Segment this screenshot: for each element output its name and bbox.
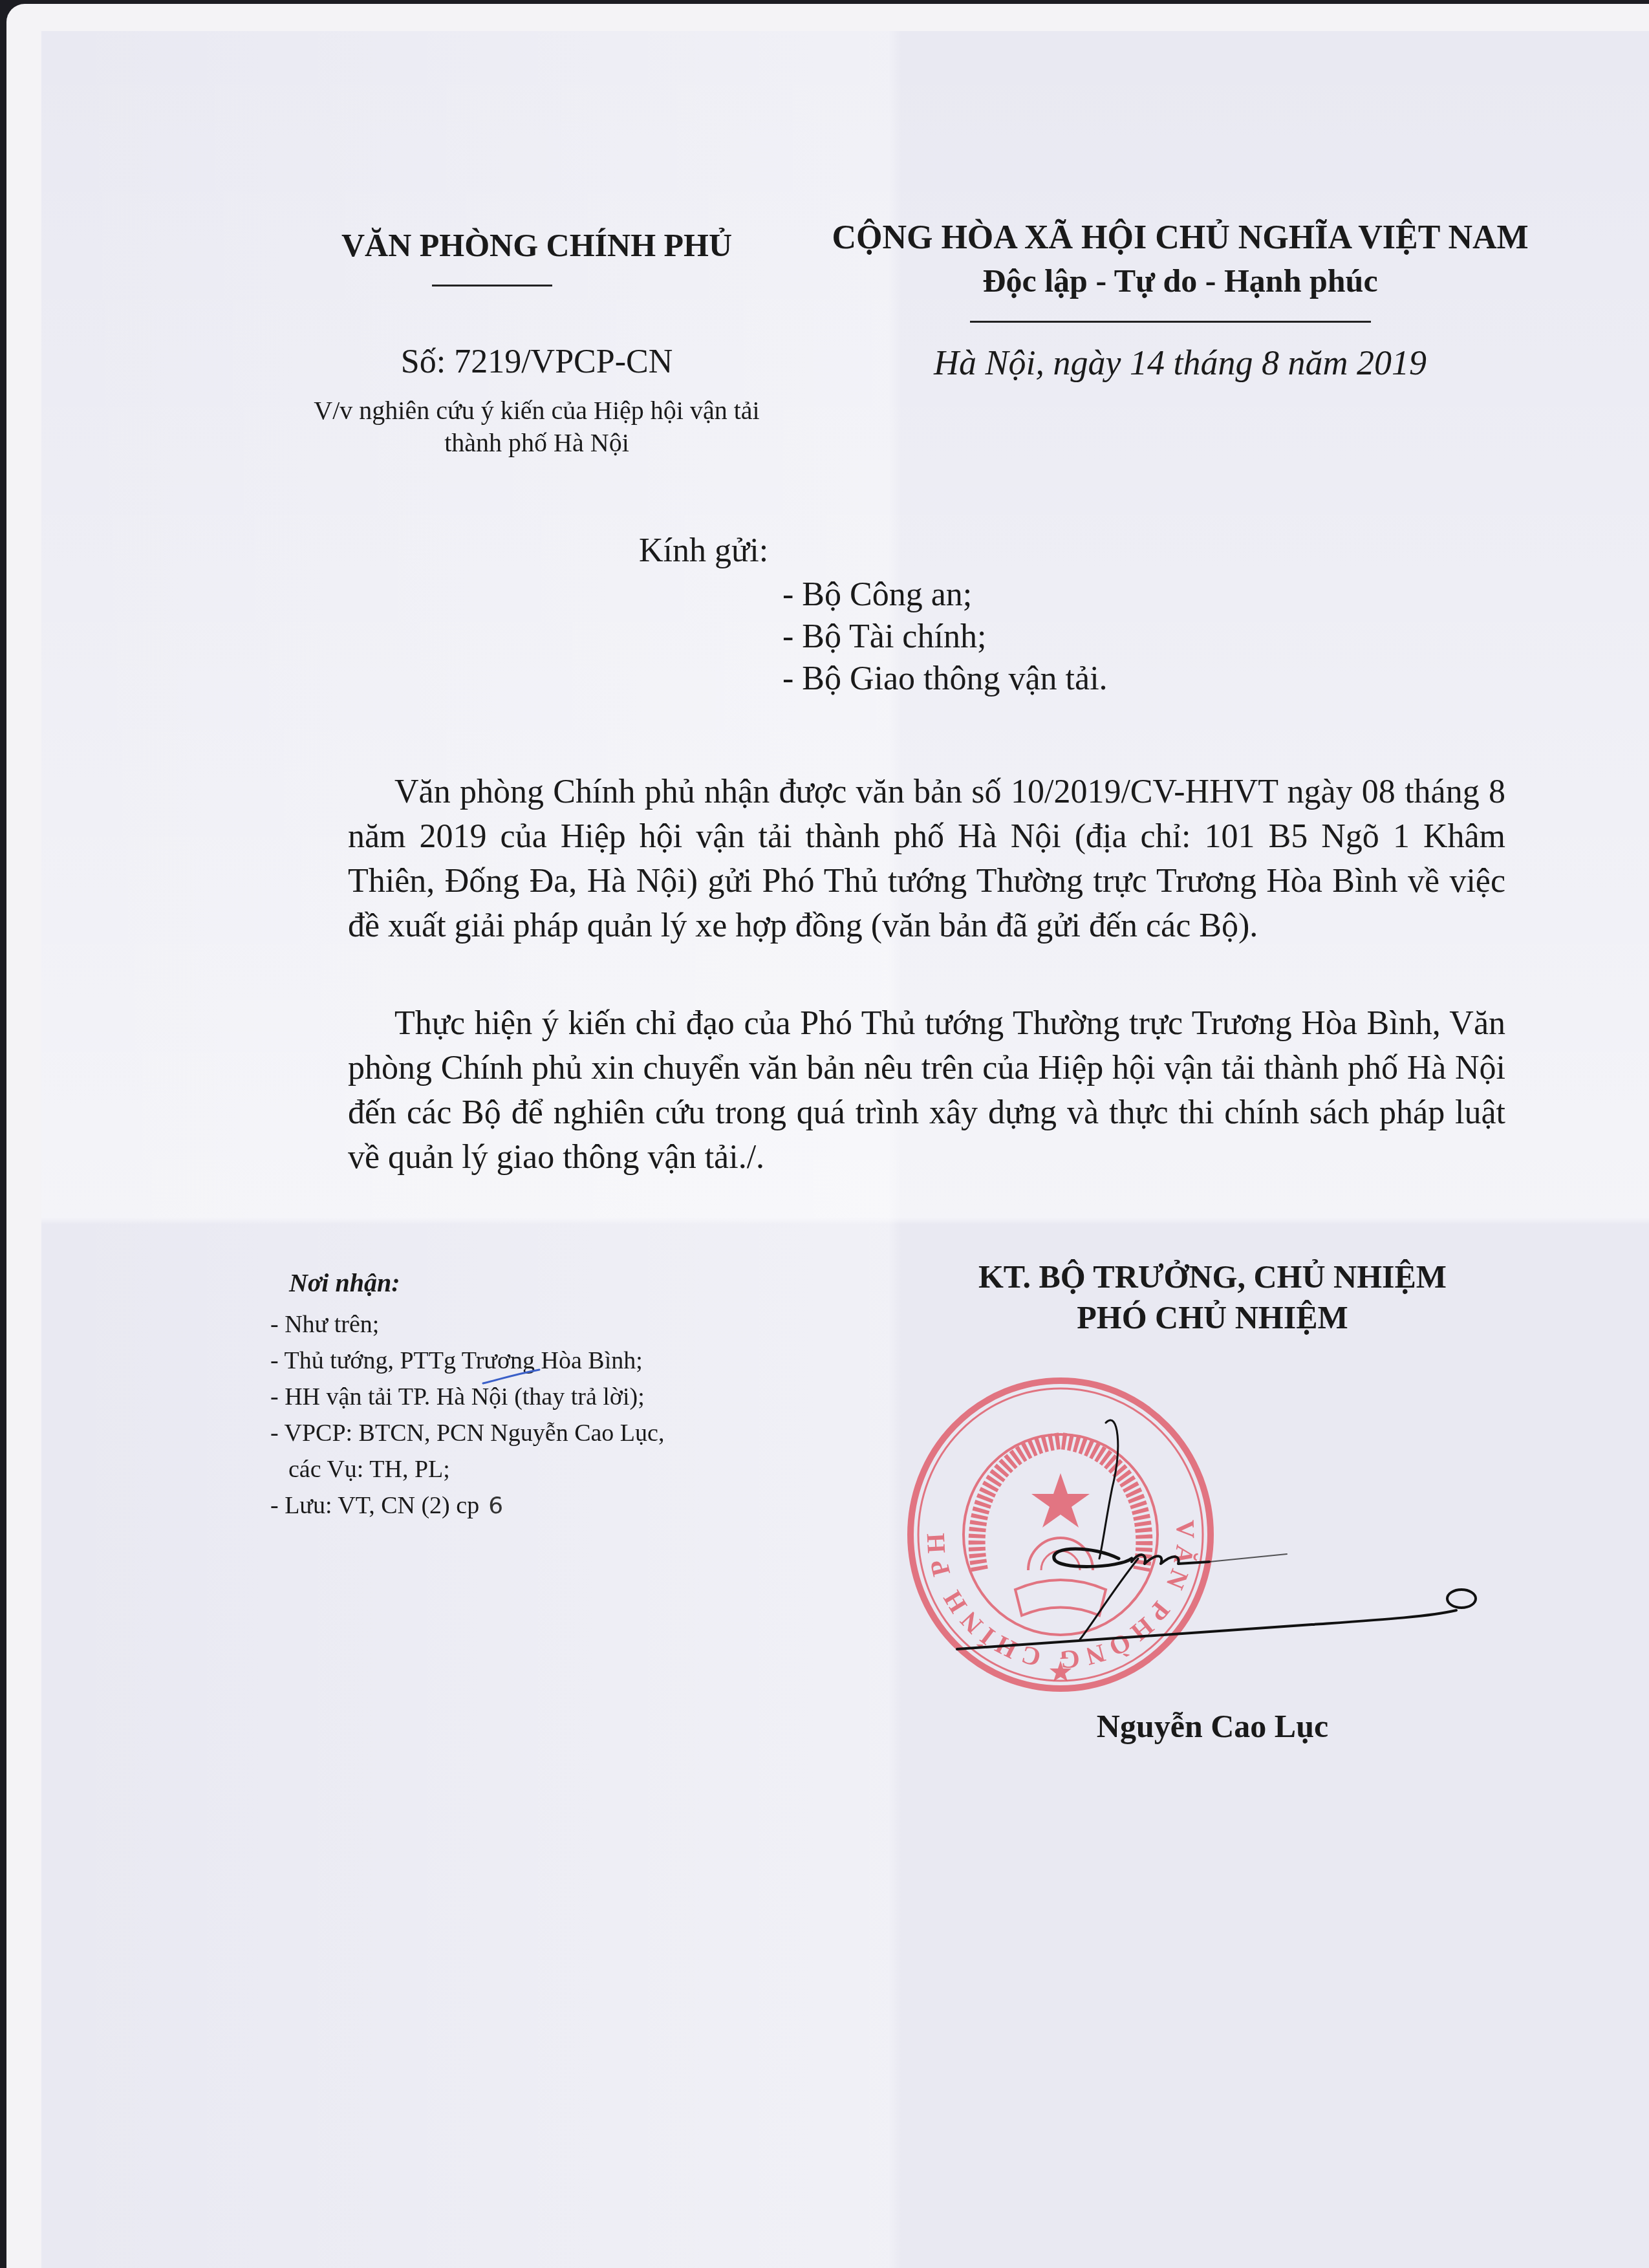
place-and-date: Hà Nội, ngày 14 tháng 8 năm 2019 bbox=[776, 343, 1584, 383]
recipient-item: - Bộ Tài chính; bbox=[782, 618, 986, 656]
recipient-item: - Bộ Công an; bbox=[782, 576, 972, 614]
copies-to-item: - Như trên; bbox=[270, 1306, 379, 1343]
body-paragraph: Văn phòng Chính phủ nhận được văn bản số… bbox=[348, 770, 1505, 948]
recipients-label: Kính gửi: bbox=[639, 532, 768, 570]
copies-to-item: - Thủ tướng, PTTg Trương Hòa Bình; bbox=[270, 1343, 643, 1379]
nation-title: CỘNG HÒA XÃ HỘI CHỦ NGHĨA VIỆT NAM bbox=[776, 219, 1584, 257]
copies-to-item: - VPCP: BTCN, PCN Nguyễn Cao Lục, bbox=[270, 1415, 664, 1451]
copies-to-item: - HH vận tải TP. Hà Nội (thay trả lời); bbox=[270, 1379, 645, 1415]
copies-to-label: Nơi nhận: bbox=[289, 1268, 400, 1298]
subject-line-2: thành phố Hà Nội bbox=[246, 427, 828, 459]
signatory-authority: KT. BỘ TRƯỞNG, CHỦ NHIỆM bbox=[905, 1258, 1520, 1295]
handwritten-signature-icon bbox=[925, 1397, 1507, 1669]
copies-to-item: - Lưu: VT, CN (2) cp6 bbox=[270, 1487, 503, 1524]
copies-to-item: các Vụ: TH, PL; bbox=[288, 1451, 450, 1487]
blue-pen-mark-icon bbox=[480, 1368, 544, 1387]
agency-underline bbox=[432, 285, 552, 286]
document-number: Số: 7219/VPCP-CN bbox=[246, 343, 828, 381]
signer-name: Nguyễn Cao Lục bbox=[905, 1707, 1520, 1745]
signatory-position: PHÓ CHỦ NHIỆM bbox=[905, 1299, 1520, 1336]
issuing-agency: VĂN PHÒNG CHÍNH PHỦ bbox=[246, 226, 828, 264]
body-paragraph: Thực hiện ý kiến chỉ đạo của Phó Thủ tướ… bbox=[348, 1001, 1505, 1180]
subject-line-1: V/v nghiên cứu ý kiến của Hiệp hội vận t… bbox=[246, 394, 828, 427]
handwritten-copy-count: 6 bbox=[488, 1493, 503, 1519]
document-subject: V/v nghiên cứu ý kiến của Hiệp hội vận t… bbox=[246, 394, 828, 459]
copies-to-archive: - Lưu: VT, CN (2) cp bbox=[270, 1492, 479, 1519]
recipient-item: - Bộ Giao thông vận tải. bbox=[782, 660, 1108, 698]
nation-motto: Độc lập - Tự do - Hạnh phúc bbox=[776, 262, 1584, 299]
motto-underline bbox=[970, 321, 1371, 323]
